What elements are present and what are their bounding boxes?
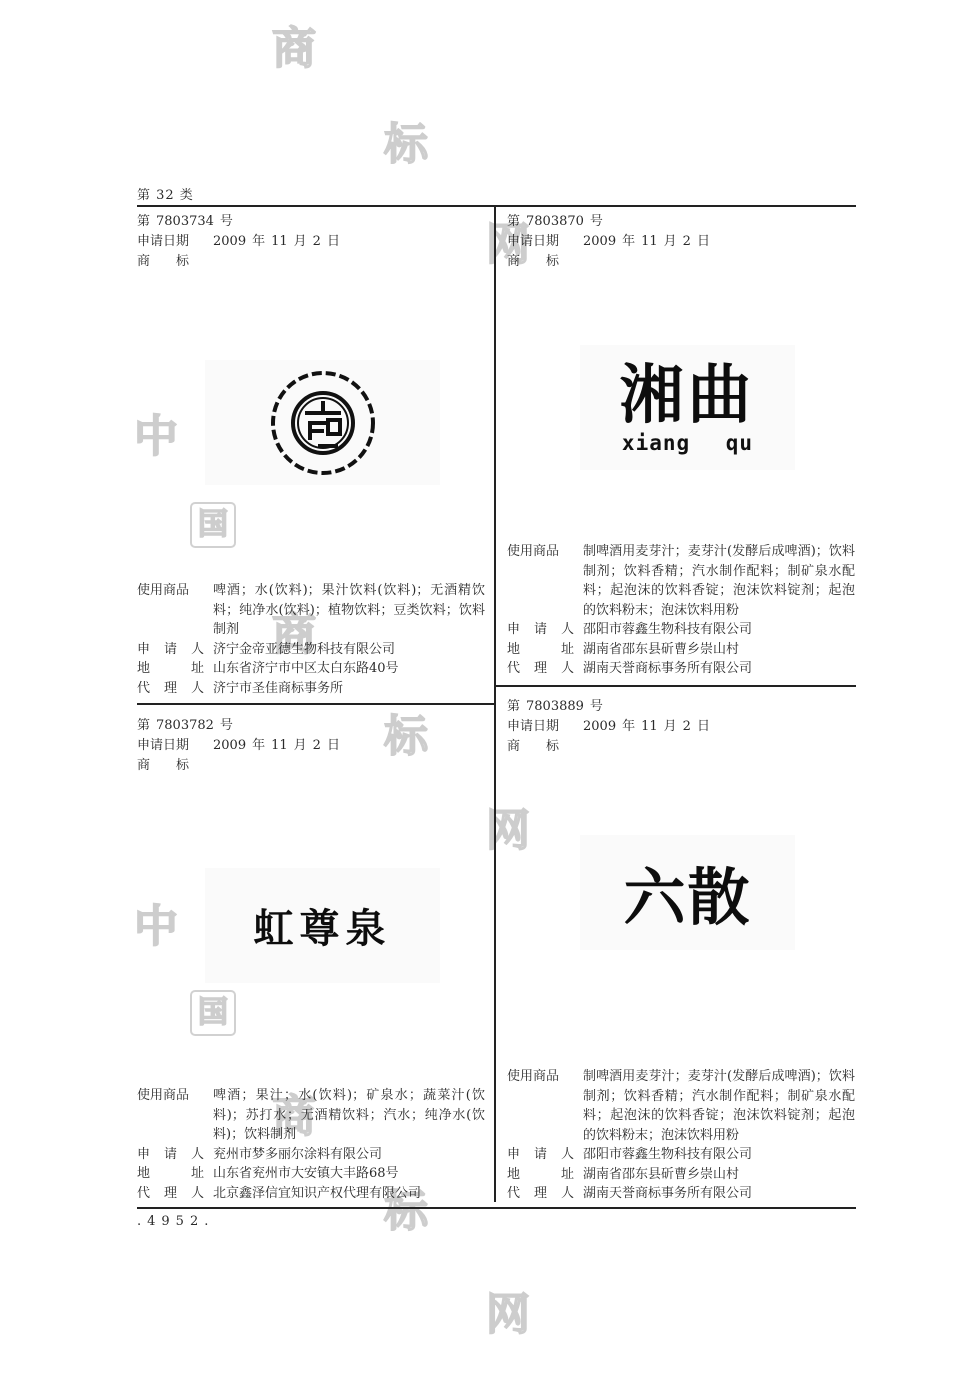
date-year: 2009 (213, 234, 246, 249)
goods-value: 制啤酒用麦芽汁；麦芽汁(发酵后成啤酒)；饮料制剂；饮料香精；汽水制作配料；制矿泉… (583, 542, 855, 620)
watermark-biao: 标 (384, 108, 428, 172)
date-year-unit: 年 (622, 719, 635, 734)
trademark-pinyin: xiang qu (622, 431, 753, 455)
date-month-unit: 月 (294, 234, 307, 249)
address-row: 地址 山东省兖州市大安镇大丰路68号 (137, 1164, 485, 1184)
number-value: 7803734 (156, 214, 214, 229)
trademark-image-hongzunquan: 虹尊泉 (205, 868, 440, 983)
number-value: 7803889 (526, 699, 584, 714)
trademark-entry: 第7803782号 申请日期2009年11月2日 商标 (137, 716, 487, 776)
date-year-unit: 年 (622, 234, 635, 249)
number-suffix: 号 (590, 699, 603, 714)
agent-value: 济宁市圣佳商标事务所 (213, 679, 485, 699)
applicant-row: 申请人 邵阳市蓉鑫生物科技有限公司 (507, 1145, 855, 1165)
date-year: 2009 (583, 234, 616, 249)
trademark-entry: 第7803734号 申请日期2009年11月2日 商标 (137, 212, 487, 272)
trademark-entry: 第7803870号 申请日期2009年11月2日 商标 (507, 212, 857, 272)
trademark-text: 虹尊泉 (254, 897, 392, 954)
address-row: 地址 湖南省邵东县斫曹乡崇山村 (507, 640, 855, 660)
date-day-unit: 日 (697, 719, 710, 734)
goods-value: 啤酒；果汁；水(饮料)；矿泉水；蔬菜汁(饮料)；苏打水；无酒精饮料；汽水；纯净水… (213, 1086, 485, 1145)
date-label: 申请日期 (507, 717, 583, 737)
applicant-row: 申请人 济宁金帝亚德生物科技有限公司 (137, 640, 485, 660)
trademark-label-b: 标 (176, 758, 189, 773)
address-value: 湖南省邵东县斫曹乡崇山村 (583, 640, 855, 660)
agent-label: 代理人 (137, 679, 213, 699)
watermark-shang: 商 (272, 12, 316, 76)
trademark-image-seal (205, 360, 440, 485)
goods-label: 使用商品 (507, 542, 583, 620)
goods-value: 制啤酒用麦芽汁；麦芽汁(发酵后成啤酒)；饮料制剂；饮料香精；汽水制作配料；制矿泉… (583, 1067, 855, 1145)
bottom-rule (137, 1207, 856, 1209)
goods-label: 使用商品 (137, 1086, 213, 1145)
address-value: 山东省兖州市大安镇大丰路68号 (213, 1164, 485, 1184)
trademark-text: 湘曲 (620, 361, 756, 431)
agent-row: 代理人 北京鑫泽信宜知识产权代理有限公司 (137, 1184, 485, 1204)
date-label: 申请日期 (507, 232, 583, 252)
number-prefix: 第 (507, 214, 520, 229)
goods-row: 使用商品 制啤酒用麦芽汁；麦芽汁(发酵后成啤酒)；饮料制剂；饮料香精；汽水制作配… (507, 1067, 855, 1145)
date-month: 11 (641, 719, 658, 734)
trademark-label-a: 商 (507, 252, 546, 272)
trademark-entry: 第7803889号 申请日期2009年11月2日 商标 (507, 697, 857, 757)
agent-value: 北京鑫泽信宜知识产权代理有限公司 (213, 1184, 485, 1204)
date-day: 2 (683, 234, 691, 249)
address-row: 地址 湖南省邵东县斫曹乡崇山村 (507, 1165, 855, 1185)
applicant-value: 邵阳市蓉鑫生物科技有限公司 (583, 620, 855, 640)
registration-number: 第7803870号 (507, 212, 857, 232)
number-suffix: 号 (220, 718, 233, 733)
date-year-unit: 年 (252, 234, 265, 249)
page-number: .4952. (137, 1214, 214, 1229)
application-date: 申请日期2009年11月2日 (137, 232, 487, 252)
date-year: 2009 (213, 738, 246, 753)
trademark-label-a: 商 (137, 252, 176, 272)
application-date: 申请日期2009年11月2日 (507, 717, 857, 737)
number-prefix: 第 (137, 718, 150, 733)
trademark-label-b: 标 (176, 254, 189, 269)
goods-row: 使用商品 啤酒；果汁；水(饮料)；矿泉水；蔬菜汁(饮料)；苏打水；无酒精饮料；汽… (137, 1086, 485, 1145)
date-month-unit: 月 (294, 738, 307, 753)
number-suffix: 号 (220, 214, 233, 229)
watermark-guo-2: 国 (190, 990, 236, 1036)
address-label: 地址 (137, 1164, 213, 1184)
trademark-label-a: 商 (137, 756, 176, 776)
goods-value: 啤酒；水(饮料)；果汁饮料(饮料)；无酒精饮料；纯净水(饮料)；植物饮料；豆类饮… (213, 581, 485, 640)
registration-number: 第7803889号 (507, 697, 857, 717)
registration-number: 第7803734号 (137, 212, 487, 232)
date-day-unit: 日 (327, 234, 340, 249)
watermark-guo: 国 (190, 502, 236, 548)
date-year: 2009 (583, 719, 616, 734)
address-row: 地址 山东省济宁市中区太白东路40号 (137, 659, 485, 679)
date-year-unit: 年 (252, 738, 265, 753)
trademark-label-a: 商 (507, 737, 546, 757)
date-month: 11 (271, 234, 288, 249)
trademark-label: 商标 (137, 756, 487, 776)
number-value: 7803782 (156, 718, 214, 733)
left-entry-divider (137, 703, 495, 705)
applicant-value: 济宁金帝亚德生物科技有限公司 (213, 640, 485, 660)
watermark-zhong: 中 (134, 400, 178, 464)
address-label: 地址 (137, 659, 213, 679)
watermark-wang-3: 网 (486, 1278, 530, 1342)
trademark-label: 商标 (507, 252, 857, 272)
trademark-label: 商标 (137, 252, 487, 272)
trademark-image-xiangqu: 湘曲 xiang qu (580, 345, 795, 470)
date-day: 2 (313, 738, 321, 753)
number-prefix: 第 (507, 699, 520, 714)
applicant-label: 申请人 (507, 620, 583, 640)
agent-row: 代理人 湖南天誉商标事务所有限公司 (507, 1184, 855, 1204)
trademark-label-b: 标 (546, 739, 559, 754)
right-entry-divider (495, 685, 856, 687)
trademark-label-b: 标 (546, 254, 559, 269)
date-month: 11 (271, 738, 288, 753)
address-value: 山东省济宁市中区太白东路40号 (213, 659, 485, 679)
application-date: 申请日期2009年11月2日 (137, 736, 487, 756)
date-month-unit: 月 (664, 719, 677, 734)
goods-row: 使用商品 啤酒；水(饮料)；果汁饮料(饮料)；无酒精饮料；纯净水(饮料)；植物饮… (137, 581, 485, 640)
trademark-text: 六散 (623, 848, 751, 937)
goods-label: 使用商品 (507, 1067, 583, 1145)
date-day: 2 (313, 234, 321, 249)
agent-value: 湖南天誉商标事务所有限公司 (583, 659, 855, 679)
top-rule (137, 205, 856, 207)
goods-row: 使用商品 制啤酒用麦芽汁；麦芽汁(发酵后成啤酒)；饮料制剂；饮料香精；汽水制作配… (507, 542, 855, 620)
applicant-value: 邵阳市蓉鑫生物科技有限公司 (583, 1145, 855, 1165)
agent-label: 代理人 (507, 659, 583, 679)
applicant-label: 申请人 (137, 1145, 213, 1165)
circular-seal-logo-icon (268, 368, 378, 478)
agent-label: 代理人 (137, 1184, 213, 1204)
applicant-row: 申请人 邵阳市蓉鑫生物科技有限公司 (507, 620, 855, 640)
goods-label: 使用商品 (137, 581, 213, 640)
date-day-unit: 日 (327, 738, 340, 753)
number-value: 7803870 (526, 214, 584, 229)
entry-details: 使用商品 制啤酒用麦芽汁；麦芽汁(发酵后成啤酒)；饮料制剂；饮料香精；汽水制作配… (507, 542, 855, 679)
date-label: 申请日期 (137, 232, 213, 252)
agent-label: 代理人 (507, 1184, 583, 1204)
class-header: 第 32 类 (137, 184, 194, 203)
date-month: 11 (641, 234, 658, 249)
number-prefix: 第 (137, 214, 150, 229)
applicant-label: 申请人 (507, 1145, 583, 1165)
registration-number: 第7803782号 (137, 716, 487, 736)
date-month-unit: 月 (664, 234, 677, 249)
agent-row: 代理人 济宁市圣佳商标事务所 (137, 679, 485, 699)
agent-value: 湖南天誉商标事务所有限公司 (583, 1184, 855, 1204)
entry-details: 使用商品 啤酒；水(饮料)；果汁饮料(饮料)；无酒精饮料；纯净水(饮料)；植物饮… (137, 581, 485, 698)
address-label: 地址 (507, 640, 583, 660)
date-day-unit: 日 (697, 234, 710, 249)
trademark-label: 商标 (507, 737, 857, 757)
entry-details: 使用商品 啤酒；果汁；水(饮料)；矿泉水；蔬菜汁(饮料)；苏打水；无酒精饮料；汽… (137, 1086, 485, 1203)
address-value: 湖南省邵东县斫曹乡崇山村 (583, 1165, 855, 1185)
application-date: 申请日期2009年11月2日 (507, 232, 857, 252)
applicant-row: 申请人 兖州市梦多丽尔涂料有限公司 (137, 1145, 485, 1165)
watermark-wang-2: 网 (486, 794, 530, 858)
agent-row: 代理人 湖南天誉商标事务所有限公司 (507, 659, 855, 679)
address-label: 地址 (507, 1165, 583, 1185)
date-label: 申请日期 (137, 736, 213, 756)
applicant-label: 申请人 (137, 640, 213, 660)
applicant-value: 兖州市梦多丽尔涂料有限公司 (213, 1145, 485, 1165)
date-day: 2 (683, 719, 691, 734)
entry-details: 使用商品 制啤酒用麦芽汁；麦芽汁(发酵后成啤酒)；饮料制剂；饮料香精；汽水制作配… (507, 1067, 855, 1204)
number-suffix: 号 (590, 214, 603, 229)
trademark-image-liusan: 六散 (580, 835, 795, 950)
watermark-zhong-2: 中 (134, 890, 178, 954)
